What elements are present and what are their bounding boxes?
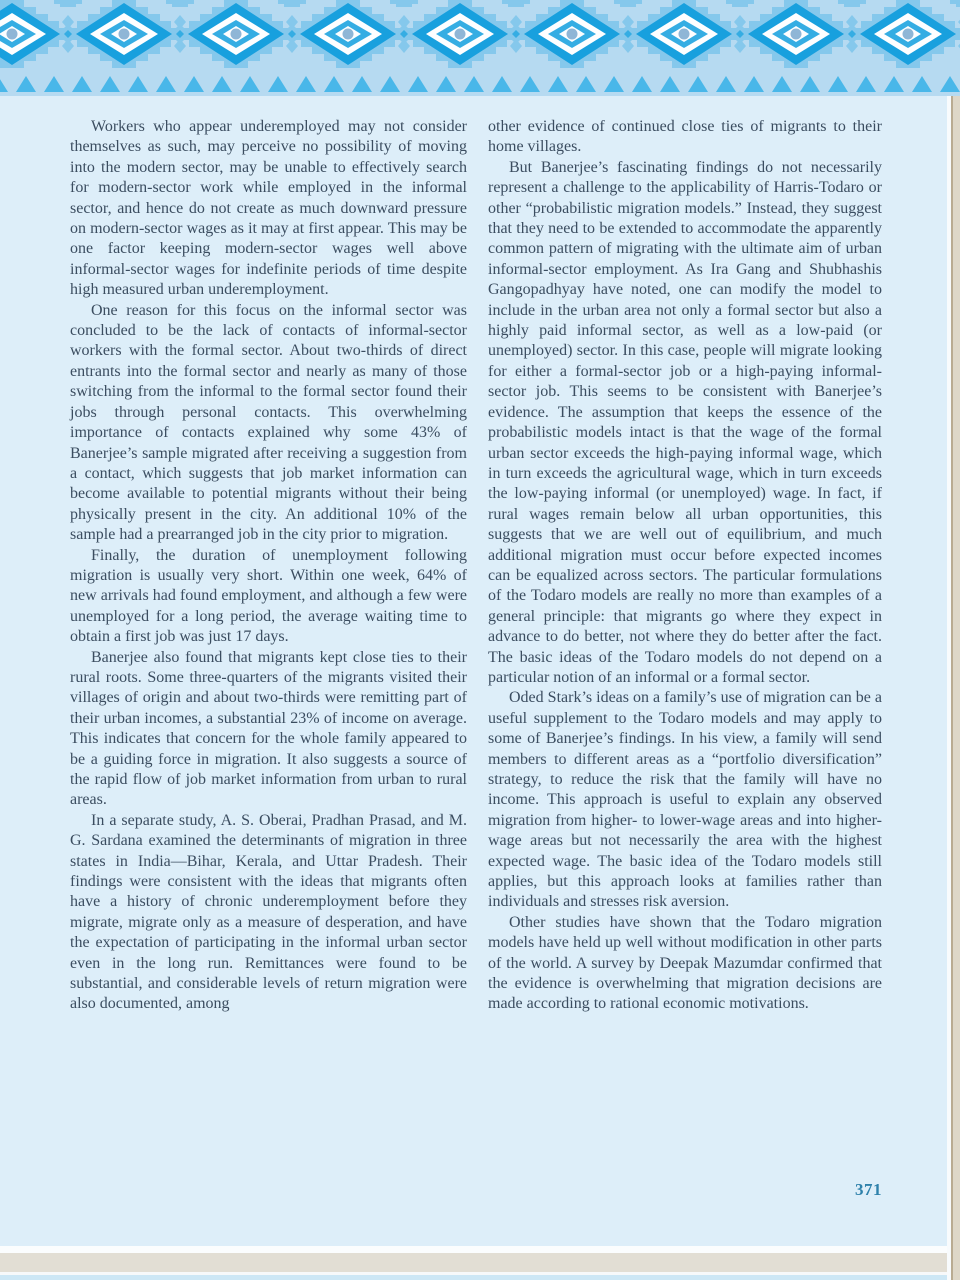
page-body: Workers who appear underemployed may not… <box>0 96 947 1015</box>
left-column: Workers who appear underemployed may not… <box>70 117 467 1015</box>
page-number: 371 <box>855 1180 882 1200</box>
paragraph: Oded Stark’s ideas on a family’s use of … <box>488 688 882 912</box>
paragraph: Workers who appear underemployed may not… <box>70 117 467 301</box>
paragraph: Banerjee also found that migrants kept c… <box>70 648 467 811</box>
decorative-border <box>0 0 960 96</box>
paragraph: Other studies have shown that the Todaro… <box>488 913 882 1015</box>
paragraph: In a separate study, A. S. Oberai, Pradh… <box>70 811 467 1015</box>
right-column: other evidence of continued close ties o… <box>488 117 882 1015</box>
paragraph: One reason for this focus on the informa… <box>70 301 467 546</box>
photo-edge-bottom <box>0 1246 960 1280</box>
photo-edge-right <box>947 96 960 1280</box>
aztec-diamond-pattern-icon <box>0 0 960 96</box>
paragraph: But Banerjee’s fascinating findings do n… <box>488 158 882 689</box>
paragraph: Finally, the duration of unemployment fo… <box>70 546 467 648</box>
book-page: Workers who appear underemployed may not… <box>0 0 960 1280</box>
paragraph: other evidence of continued close ties o… <box>488 117 882 158</box>
